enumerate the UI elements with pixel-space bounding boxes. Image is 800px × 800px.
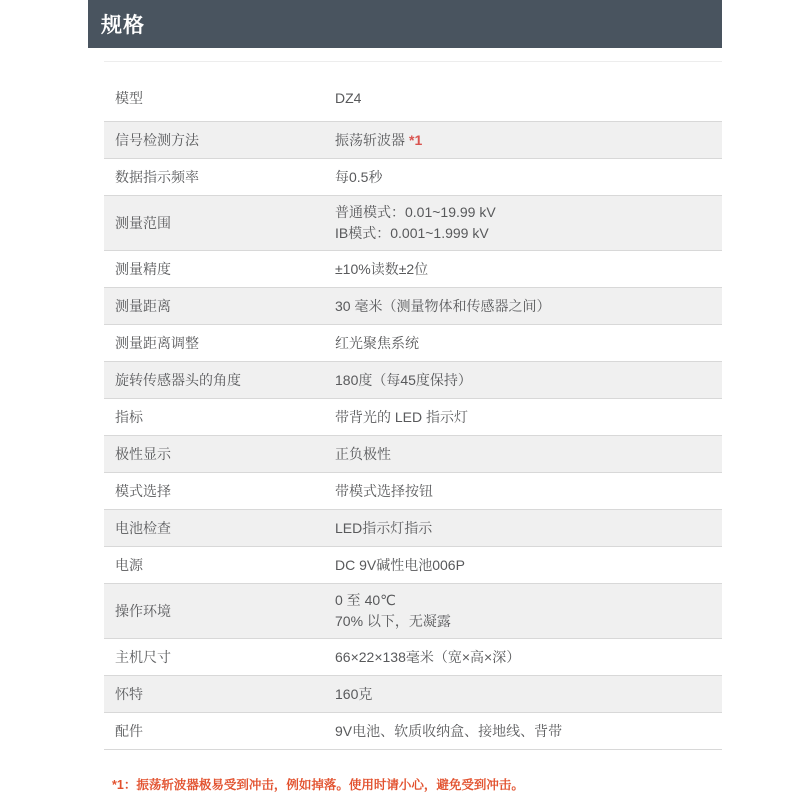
spec-value-text: DC 9V碱性电池006P xyxy=(335,557,465,573)
spec-row: 电池检查LED指示灯指示 xyxy=(104,510,722,547)
spec-label: 测量精度 xyxy=(104,259,335,280)
spec-value-line: 普通模式：0.01~19.99 kV xyxy=(335,202,714,223)
footnote-ref: *1 xyxy=(409,132,422,148)
spec-value: 180度（每45度保持） xyxy=(335,370,722,391)
spec-row: 测量范围普通模式：0.01~19.99 kVIB模式：0.001~1.999 k… xyxy=(104,196,722,251)
spec-table: 模型DZ4信号检测方法振荡斩波器*1数据指示频率每0.5秒测量范围普通模式：0.… xyxy=(104,61,722,750)
spec-label: 操作环境 xyxy=(104,601,335,622)
spec-value-line: 70% 以下，无凝露 xyxy=(335,611,714,632)
spec-value: 0 至 40℃70% 以下，无凝露 xyxy=(335,590,722,632)
spec-value: 每0.5秒 xyxy=(335,167,722,188)
spec-row: 主机尺寸66×22×138毫米（宽×高×深） xyxy=(104,639,722,676)
spec-value-text: DZ4 xyxy=(335,90,361,106)
spec-value: DC 9V碱性电池006P xyxy=(335,555,722,576)
spec-row: 电源DC 9V碱性电池006P xyxy=(104,547,722,584)
spec-row: 测量距离调整红光聚焦系统 xyxy=(104,325,722,362)
spec-value: 66×22×138毫米（宽×高×深） xyxy=(335,647,722,668)
spec-label: 电池检查 xyxy=(104,518,335,539)
spec-label: 测量范围 xyxy=(104,213,335,234)
spec-value: ±10%读数±2位 xyxy=(335,259,722,280)
spec-label: 旋转传感器头的角度 xyxy=(104,370,335,391)
spec-value: 带模式选择按钮 xyxy=(335,481,722,502)
spec-label: 数据指示频率 xyxy=(104,167,335,188)
page-title: 规格 xyxy=(101,9,145,39)
spec-label: 信号检测方法 xyxy=(104,130,335,151)
spec-row: 模式选择带模式选择按钮 xyxy=(104,473,722,510)
spec-label: 极性显示 xyxy=(104,444,335,465)
spec-label: 模型 xyxy=(104,88,335,109)
spec-value-text: 9V电池、软质收纳盒、接地线、背带 xyxy=(335,723,562,739)
spec-value: 正负极性 xyxy=(335,444,722,465)
spec-value-text: 每0.5秒 xyxy=(335,169,382,185)
spec-value-text: 30 毫米（测量物体和传感器之间） xyxy=(335,298,550,314)
spec-row: 数据指示频率每0.5秒 xyxy=(104,159,722,196)
spec-label: 测量距离 xyxy=(104,296,335,317)
spec-value-text: 带背光的 LED 指示灯 xyxy=(335,409,468,425)
page-title-bar: 规格 xyxy=(88,0,722,48)
spec-label: 模式选择 xyxy=(104,481,335,502)
spec-value: 振荡斩波器*1 xyxy=(335,130,722,151)
spec-value: 160克 xyxy=(335,684,722,705)
spec-row: 极性显示正负极性 xyxy=(104,436,722,473)
spec-label: 主机尺寸 xyxy=(104,647,335,668)
spec-value-text: 66×22×138毫米（宽×高×深） xyxy=(335,649,520,665)
spec-value: 红光聚焦系统 xyxy=(335,333,722,354)
spec-value-text: 红光聚焦系统 xyxy=(335,335,419,351)
spec-value-line: IB模式：0.001~1.999 kV xyxy=(335,223,714,244)
spec-value-text: 160克 xyxy=(335,686,372,702)
spec-value-text: 正负极性 xyxy=(335,446,391,462)
spec-value-text: LED指示灯指示 xyxy=(335,520,432,536)
spec-value: 普通模式：0.01~19.99 kVIB模式：0.001~1.999 kV xyxy=(335,202,722,244)
spec-row: 旋转传感器头的角度180度（每45度保持） xyxy=(104,362,722,399)
spec-label: 配件 xyxy=(104,721,335,742)
spec-row: 配件9V电池、软质收纳盒、接地线、背带 xyxy=(104,713,722,750)
spec-label: 测量距离调整 xyxy=(104,333,335,354)
spec-row: 信号检测方法振荡斩波器*1 xyxy=(104,122,722,159)
spec-value-text: 振荡斩波器 xyxy=(335,132,405,148)
footnote: *1：振荡斩波器极易受到冲击，例如掉落。使用时请小心，避免受到冲击。 xyxy=(112,777,722,794)
spec-value-text: 180度（每45度保持） xyxy=(335,372,472,388)
spec-row: 指标带背光的 LED 指示灯 xyxy=(104,399,722,436)
spec-label: 电源 xyxy=(104,555,335,576)
spec-value: LED指示灯指示 xyxy=(335,518,722,539)
spec-value: 30 毫米（测量物体和传感器之间） xyxy=(335,296,722,317)
spec-value: 9V电池、软质收纳盒、接地线、背带 xyxy=(335,721,722,742)
spec-value: DZ4 xyxy=(335,88,722,109)
spec-label: 怀特 xyxy=(104,684,335,705)
spec-value-text: 带模式选择按钮 xyxy=(335,483,433,499)
spec-row: 测量精度±10%读数±2位 xyxy=(104,251,722,288)
spec-value-text: ±10%读数±2位 xyxy=(335,261,428,277)
spec-label: 指标 xyxy=(104,407,335,428)
spec-row: 怀特160克 xyxy=(104,676,722,713)
spec-value: 带背光的 LED 指示灯 xyxy=(335,407,722,428)
spec-row: 测量距离30 毫米（测量物体和传感器之间） xyxy=(104,288,722,325)
spec-row: 模型DZ4 xyxy=(104,62,722,122)
spec-value-line: 0 至 40℃ xyxy=(335,590,714,611)
spec-row: 操作环境0 至 40℃70% 以下，无凝露 xyxy=(104,584,722,639)
